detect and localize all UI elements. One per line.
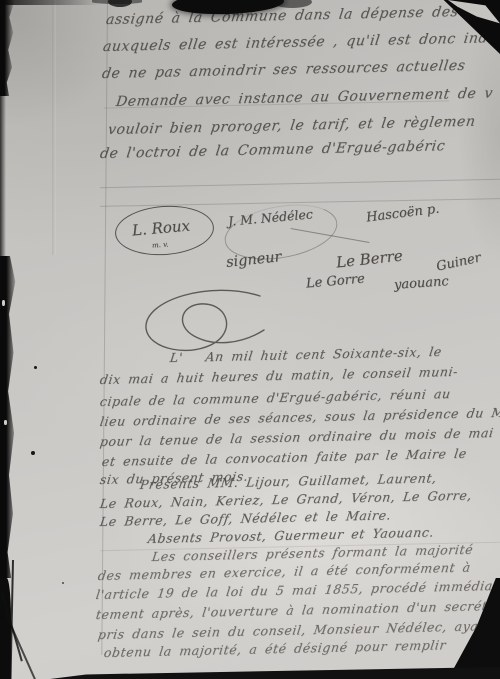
ink-dot <box>34 366 37 369</box>
page-edge-top <box>92 0 142 4</box>
signature-le-roux-note: m. v. <box>152 240 169 249</box>
manuscript-photo: assigné à la Commune dans la dépense des… <box>0 0 500 679</box>
ink-dot <box>31 451 35 455</box>
paper-fleck <box>4 420 7 425</box>
ink-dot <box>62 582 64 584</box>
page-edge-top <box>0 0 100 5</box>
page-edge-left <box>0 96 6 256</box>
paper-fleck <box>2 300 5 306</box>
paper-crease <box>52 0 56 255</box>
